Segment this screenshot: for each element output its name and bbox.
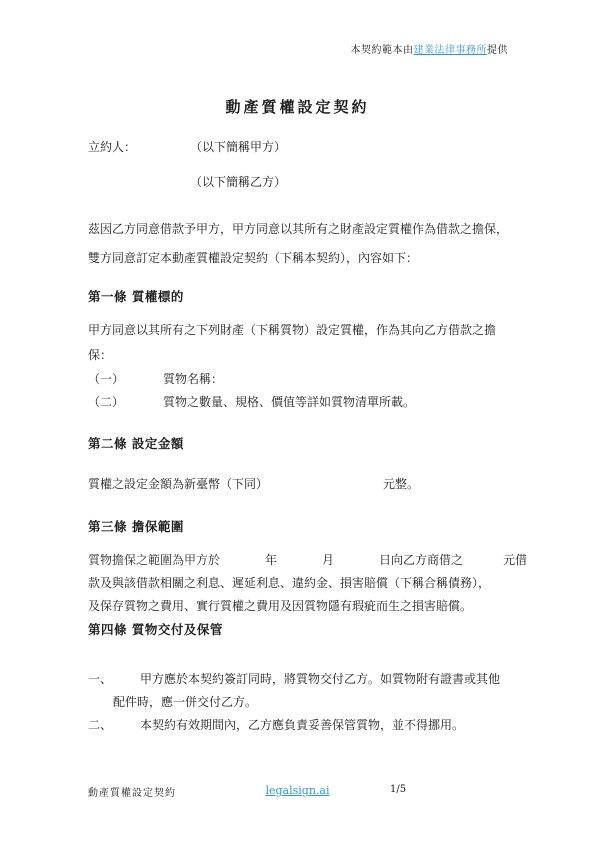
list-item-marker: （二） (88, 391, 163, 414)
article-3-line: 款及與該借款相關之利息、遲延利息、違約金、損害賠償（下稱合稱債務）， (88, 572, 520, 595)
numbered-item-marker: 一、 (88, 668, 140, 691)
header-provider-note: 本契約範本由建業法律事務所提供 (351, 41, 509, 56)
document-body: 立約人：（以下簡稱甲方） （以下簡稱乙方） 茲因乙方同意借款予甲方，甲方同意以其… (88, 140, 520, 737)
footer-document-name: 動產質權設定契約 (88, 784, 176, 799)
article-1-line: 保： (88, 343, 520, 368)
article-3-intro: 質物擔保之範圍為甲方於 (88, 553, 220, 567)
page-number: 1/5 (390, 784, 406, 795)
blank-amount-field (268, 487, 383, 488)
list-item: （二）質物之數量、規格、價值等詳如質物清單所載。 (88, 391, 520, 414)
article-3-text: 年 (265, 553, 277, 567)
page-footer: 動產質權設定契約 legalsign.ai 1/5 (0, 784, 595, 800)
party-b-row: （以下簡稱乙方） (88, 175, 520, 190)
law-firm-link[interactable]: 建業法律事務所 (414, 45, 488, 56)
article-3-body: 質物擔保之範圍為甲方於年月日向乙方商借之元借 款及與該借款相關之利息、遲延利息、… (88, 549, 520, 618)
article-3-line: 質物擔保之範圍為甲方於年月日向乙方商借之元借 (88, 549, 520, 572)
article-2-body: 質權之設定金額為新臺幣（下同）元整。 (88, 472, 520, 497)
party-b-note: （以下簡稱乙方） (190, 175, 286, 189)
article-1-heading: 第一條 質權標的 (88, 289, 520, 305)
list-item-marker: （一） (88, 368, 163, 391)
blank-day-field (334, 563, 379, 564)
article-3-text: 月 (322, 553, 334, 567)
article-3-text: 元借 (503, 553, 527, 567)
article-1-line: 甲方同意以其所有之下列財產（下稱質物）設定質權，作為其向乙方借款之擔 (88, 318, 520, 343)
article-1-body: 甲方同意以其所有之下列財產（下稱質物）設定質權，作為其向乙方借款之擔 保： （一… (88, 318, 520, 414)
numbered-item: 一、甲方應於本契約簽訂同時，將質物交付乙方。如質物附有證書或其他 (88, 668, 520, 691)
article-2-text: 元整。 (383, 477, 419, 491)
party-a-note: （以下簡稱甲方） (190, 140, 286, 154)
blank-year-field (220, 563, 265, 564)
article-3-line: 及保存質物之費用、實行質權之費用及因質物隱有瑕疵而生之損害賠償。 (88, 595, 520, 618)
numbered-item-continuation: 配件時，應一併交付乙方。 (88, 691, 520, 714)
preamble-line: 茲因乙方同意借款予甲方，甲方同意以其所有之財產設定質權作為借款之擔保， (88, 215, 520, 244)
parties-label: 立約人： (88, 140, 190, 155)
party-a-row: 立約人：（以下簡稱甲方） (88, 140, 520, 155)
contract-document-page: 本契約範本由建業法律事務所提供 動產質權設定契約 立約人：（以下簡稱甲方） （以… (0, 0, 595, 842)
article-4-heading: 第四條 質物交付及保管 (88, 622, 520, 638)
numbered-item-marker: 二、 (88, 714, 140, 737)
numbered-item-text: 甲方應於本契約簽訂同時，將質物交付乙方。如質物附有證書或其他 (140, 672, 500, 686)
page-title: 動產質權設定契約 (0, 96, 595, 117)
article-4-body: 一、甲方應於本契約簽訂同時，將質物交付乙方。如質物附有證書或其他 配件時，應一併… (88, 668, 520, 737)
blank-loan-amount-field (463, 563, 503, 564)
article-3-text: 日向乙方商借之 (379, 553, 463, 567)
numbered-item-text: 本契約有效期間內，乙方應負責妥善保管質物，並不得挪用。 (140, 718, 464, 732)
list-item-text: 質物名稱： (163, 372, 223, 386)
legalsign-link[interactable]: legalsign.ai (265, 784, 329, 797)
numbered-item: 二、本契約有效期間內，乙方應負責妥善保管質物，並不得挪用。 (88, 714, 520, 737)
header-prefix: 本契約範本由 (351, 45, 414, 56)
article-3-heading: 第三條 擔保範圍 (88, 519, 520, 535)
preamble-line: 雙方同意訂定本動產質權設定契約（下稱本契約），內容如下： (88, 244, 520, 273)
list-item-text: 質物之數量、規格、價值等詳如質物清單所載。 (163, 395, 415, 409)
list-item: （一）質物名稱： (88, 368, 520, 391)
article-2-heading: 第二條 設定金額 (88, 436, 520, 452)
preamble-paragraph: 茲因乙方同意借款予甲方，甲方同意以其所有之財產設定質權作為借款之擔保， 雙方同意… (88, 215, 520, 273)
blank-month-field (277, 563, 322, 564)
article-2-text: 質權之設定金額為新臺幣（下同） (88, 477, 268, 491)
header-suffix: 提供 (487, 45, 508, 56)
